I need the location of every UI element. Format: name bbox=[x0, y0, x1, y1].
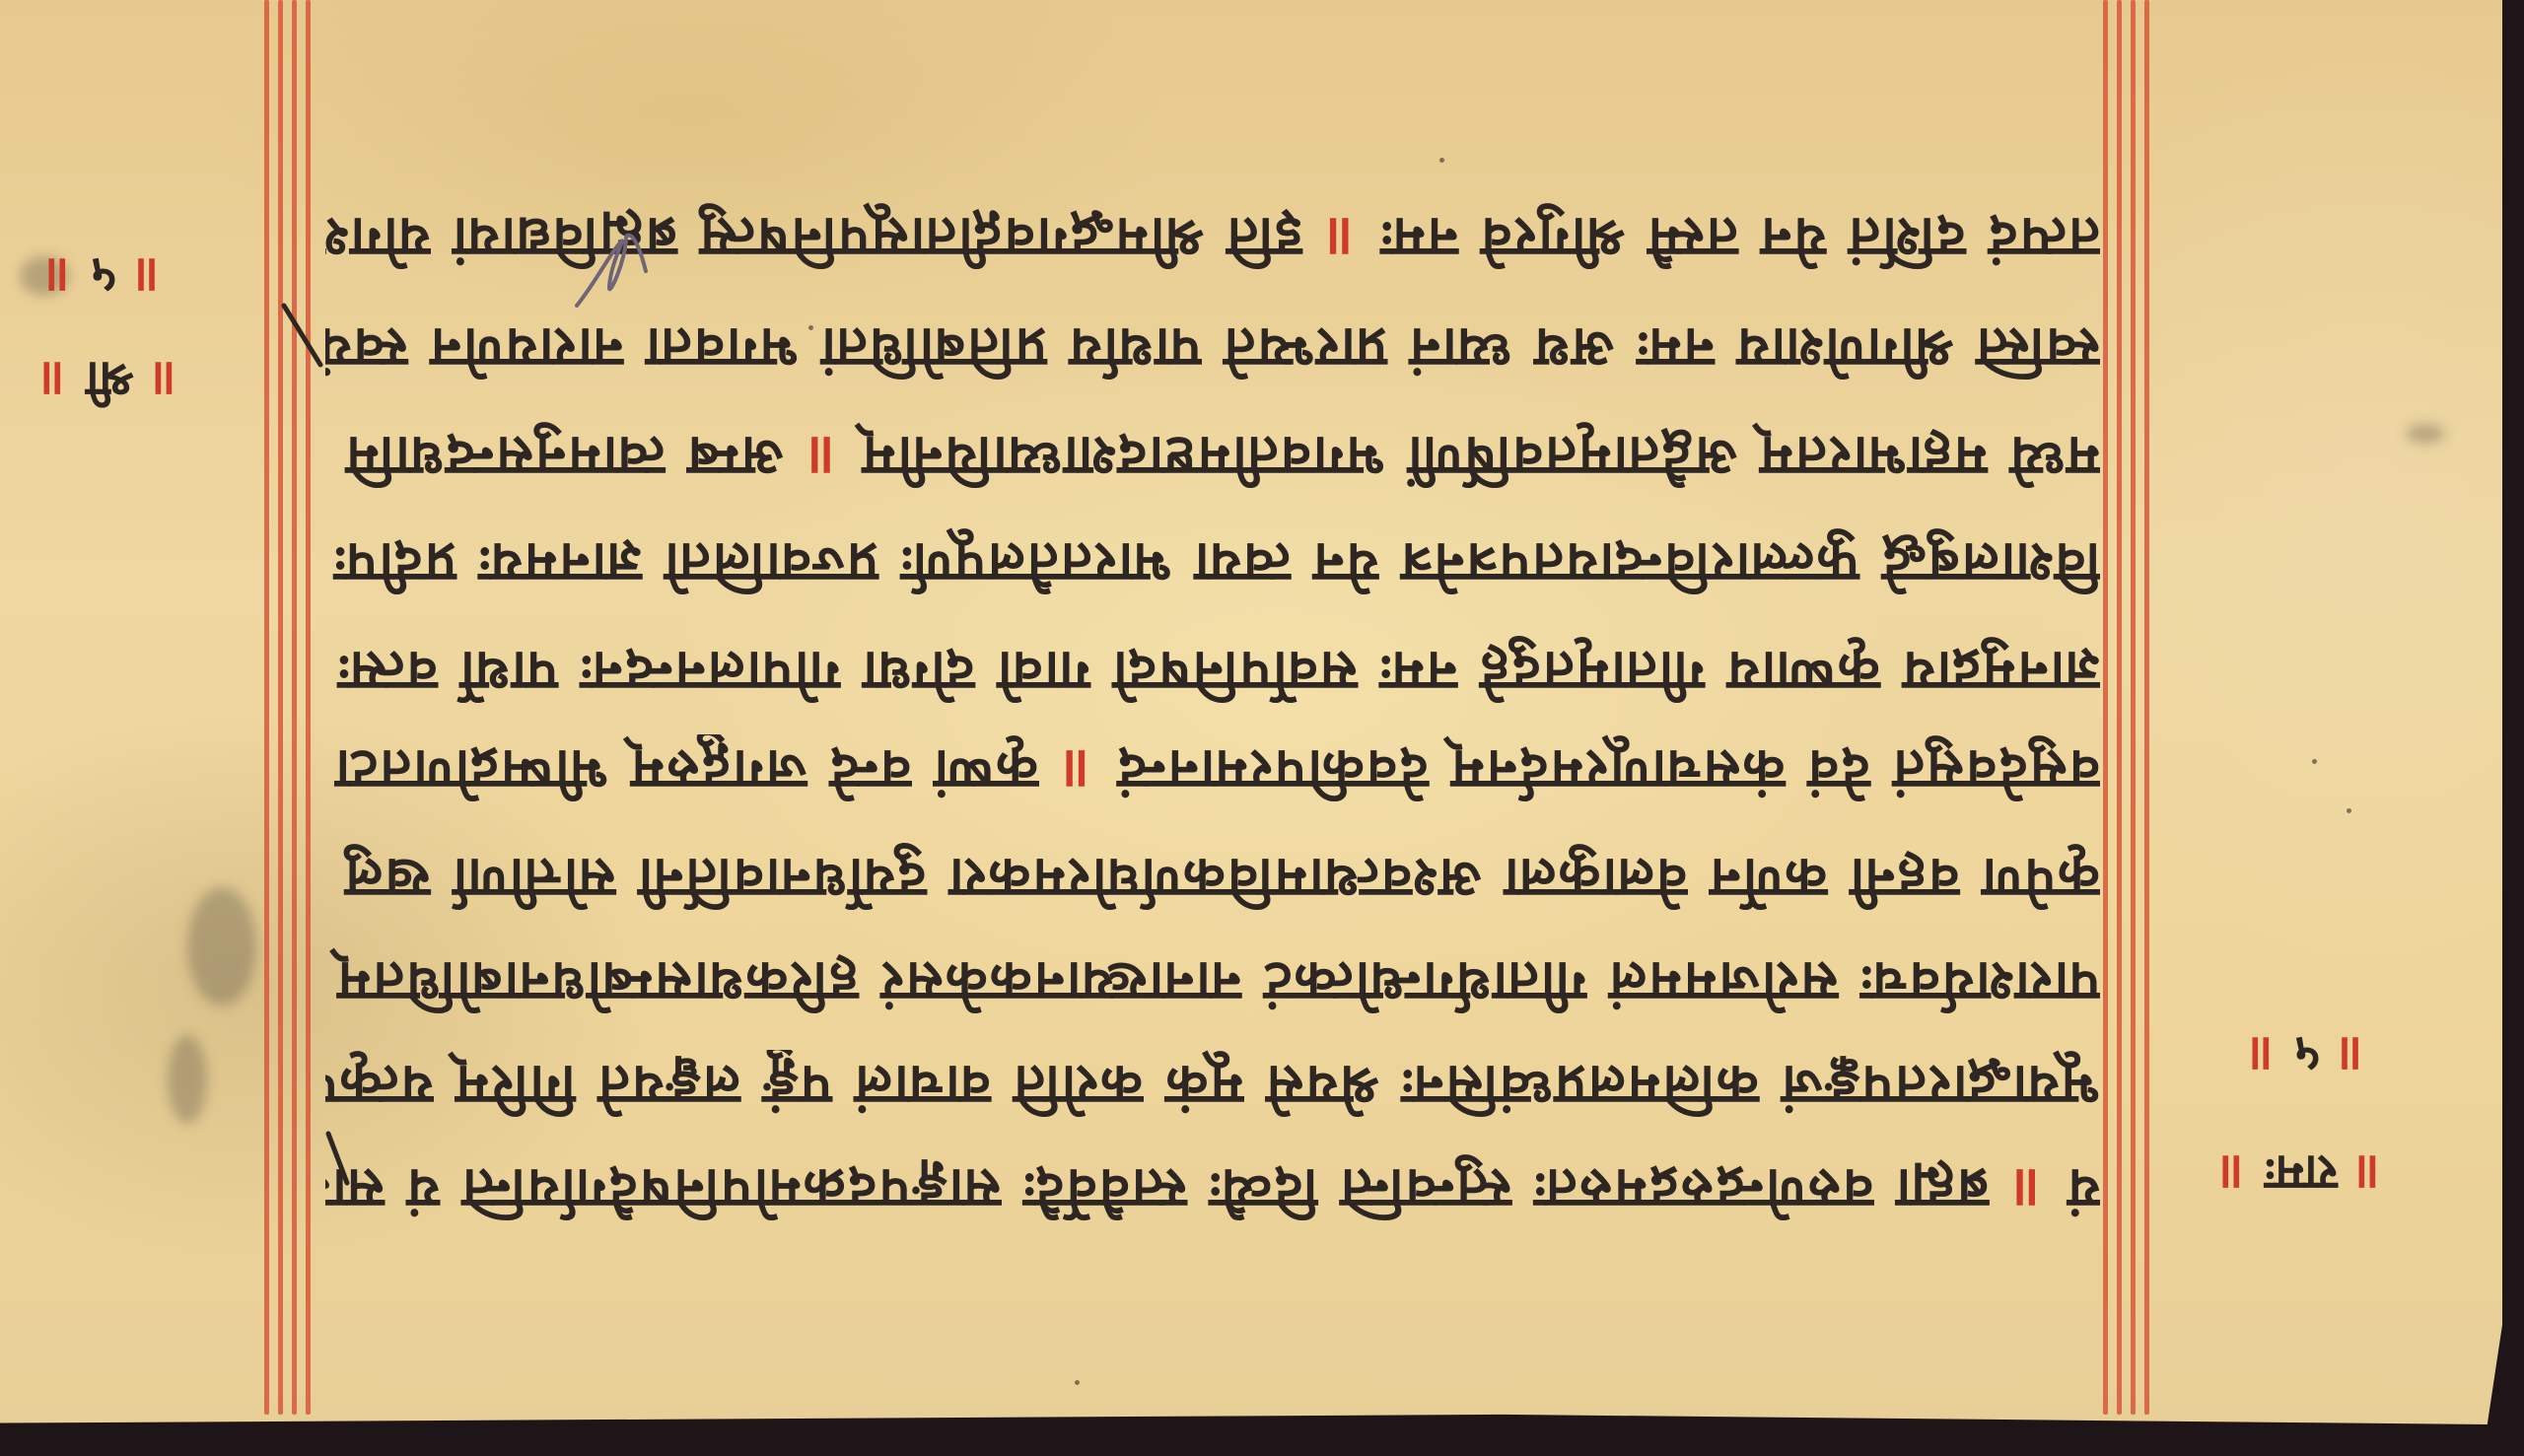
ink-stroke bbox=[281, 301, 330, 370]
left-folio-number: ॥ ५ ॥ bbox=[44, 246, 164, 306]
stain bbox=[168, 1035, 207, 1124]
text-line: वसुदेवसुतं देवं कंसचाणूरमर्दनम् देवकीपरम… bbox=[325, 734, 2100, 803]
stain bbox=[187, 887, 256, 1005]
pencil-mark bbox=[572, 222, 661, 311]
ruling-line bbox=[264, 0, 269, 1415]
ruling-line bbox=[2103, 0, 2108, 1415]
right-margin-ruling bbox=[2103, 0, 2149, 1415]
ruling-line bbox=[278, 0, 283, 1415]
text-line: पाराशर्यवचः सरोजममलं गीतार्थगन्धोत्कटं न… bbox=[325, 946, 2100, 1015]
manuscript-folio: ॥ ५ ॥ ॥ श्री ॥ ॥ ५ ॥ ॥ रामः ॥ तत्पदं दर्… bbox=[0, 0, 2502, 1424]
manuscript-photo: ॥ ५ ॥ ॥ श्री ॥ ॥ ५ ॥ ॥ रामः ॥ तत्पदं दर्… bbox=[0, 0, 2524, 1456]
text-line: भूयाद्भारतपङ्कजं कलिमलप्रध्वंसिनः श्रेयस… bbox=[325, 1050, 2100, 1119]
text-line: कृपेण वहनी कर्णेन वेलाकुला अश्वत्थामविकर… bbox=[325, 843, 2100, 912]
text-line: मध्ये महाभारतम् अद्वैतामृतवर्षिणीं भगवती… bbox=[325, 421, 2100, 490]
text-line: विशालबुद्धे फुल्लारविन्दायतपत्रनेत्र येन… bbox=[325, 527, 2100, 596]
ink-stroke bbox=[325, 1129, 355, 1188]
ruling-line bbox=[2117, 0, 2122, 1415]
text-line: ज्ञानमुद्राय कृष्णाय गीतामृतदुहे नमः सर्… bbox=[325, 636, 2100, 705]
speck bbox=[1439, 158, 1444, 163]
ruling-line bbox=[2131, 0, 2136, 1415]
speck bbox=[2347, 808, 2351, 813]
stain bbox=[2406, 424, 2445, 444]
left-margin-label: ॥ श्री ॥ bbox=[39, 350, 180, 409]
left-margin-ruling bbox=[264, 0, 311, 1415]
right-folio-number: ॥ ५ ॥ bbox=[2248, 1025, 2367, 1084]
ruling-line bbox=[306, 0, 311, 1415]
text-line: यं ॥ ब्रह्मा वरुणेन्द्ररुद्रमरुतः स्तुन्… bbox=[325, 1153, 2100, 1222]
right-margin-label: ॥ रामः ॥ bbox=[2218, 1144, 2384, 1203]
ruling-line bbox=[2144, 0, 2149, 1415]
text-line: स्वस्ति श्रीगणेशाय नमः अथ ध्यानं प्रारभ्… bbox=[325, 312, 2100, 381]
speck bbox=[1075, 1380, 1080, 1385]
speck bbox=[2312, 759, 2317, 764]
ruling-line bbox=[292, 0, 297, 1415]
